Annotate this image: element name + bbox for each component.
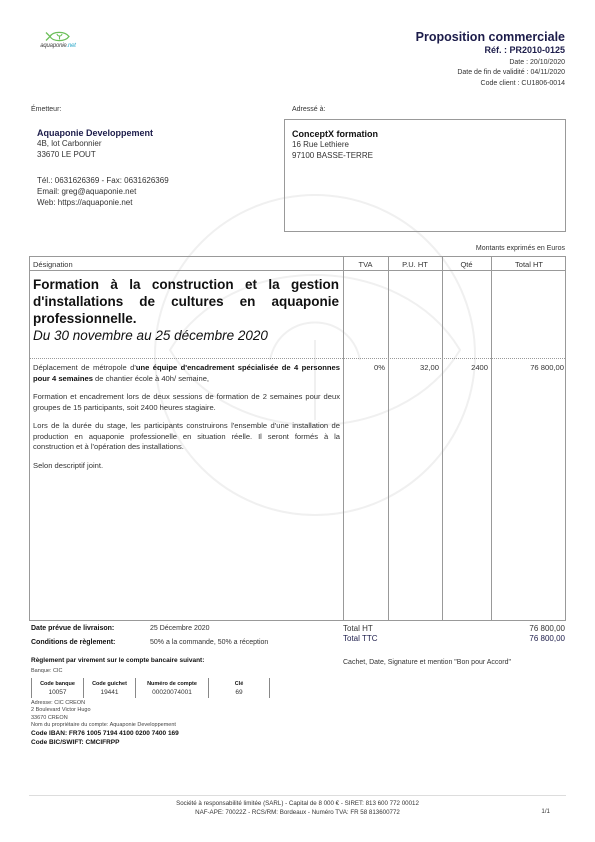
issuer-website[interactable]: Web: https://aquaponie.net	[37, 197, 169, 208]
service-dates: Du 30 novembre au 25 décembre 2020	[33, 328, 268, 343]
column-divider	[269, 678, 270, 698]
document-date: Date : 20/10/2020	[509, 59, 565, 66]
page-number: 1/1	[541, 808, 550, 815]
issuer-label: Émetteur:	[31, 106, 61, 113]
client-code: Code client : CU1806-0014	[481, 80, 565, 87]
legal-footer-line1: Société à responsabilité limitée (SARL) …	[0, 799, 595, 808]
header-unit-price: P.U. HT	[388, 260, 442, 269]
recipient-name: ConceptX formation	[292, 129, 558, 140]
issuer-email[interactable]: Email: greg@aquaponie.net	[37, 186, 169, 197]
bank-transfer-title: Règlement par virement sur le compte ban…	[31, 657, 204, 664]
footer-divider	[29, 795, 566, 796]
issuer-address-line2: 33670 LE POUT	[37, 150, 153, 161]
signature-note: Cachet, Date, Signature et mention "Bon …	[343, 659, 511, 666]
issuer-address: Aquaponie Developpement 4B, lot Carbonni…	[37, 128, 153, 160]
service-title-row: Formation à la construction et la gestio…	[30, 271, 565, 359]
line-item-description: Déplacement de métropole d'une équipe d'…	[33, 363, 340, 479]
logo-wordmark: aquaponie.net	[33, 43, 83, 50]
delivery-date-value: 25 Décembre 2020	[150, 625, 210, 632]
legal-footer-line2: NAF-APE: 70022Z - RCS/RM: Bordeaux - Num…	[0, 808, 595, 817]
payment-terms-value: 50% a la commande, 50% a réception	[150, 639, 268, 646]
issuer-address-line1: 4B, lot Carbonnier	[37, 139, 153, 150]
line-quantity: 2400	[442, 363, 488, 372]
header-quantity: Qté	[442, 260, 491, 269]
key-column: Clé 69	[208, 678, 269, 698]
delivery-date-label: Date prévue de livraison:	[31, 625, 114, 632]
total-ttc-label: Total TTC	[343, 634, 378, 643]
currency-note: Montants exprimés en Euros	[476, 245, 565, 252]
recipient-label: Adressé à:	[292, 106, 325, 113]
legal-footer: Société à responsabilité limitée (SARL) …	[0, 799, 595, 817]
bank-details-table: Code banque 10057 Code guichet 19441 Num…	[29, 678, 269, 698]
total-ht-label: Total HT	[343, 624, 373, 633]
document-reference: Réf. : PR2010-0125	[484, 45, 565, 55]
header-total-ht: Total HT	[491, 260, 567, 269]
bank-name: Banque: CIC	[31, 668, 63, 674]
company-logo: aquaponie.net	[33, 30, 83, 54]
fish-sprout-icon	[45, 30, 71, 43]
service-title: Formation à la construction et la gestio…	[33, 276, 339, 327]
issuer-phone: Tél.: 0631626369 - Fax: 0631626369	[37, 175, 169, 186]
validity-date: Date de fin de validité : 04/11/2020	[457, 69, 565, 76]
recipient-box: ConceptX formation 16 Rue Lethiere 97100…	[284, 119, 566, 232]
description-paragraph-1: Déplacement de métropole d'une équipe d'…	[33, 363, 340, 384]
recipient-address-line1: 16 Rue Lethiere	[292, 140, 558, 151]
recipient-address-line2: 97100 BASSE-TERRE	[292, 151, 558, 162]
iban-code: Code IBAN: FR76 1005 7194 4100 0200 7400…	[31, 729, 179, 738]
payment-terms-label: Conditions de règlement:	[31, 639, 115, 646]
bic-code: Code BIC/SWIFT: CMCIFRPP	[31, 738, 179, 747]
line-total-ht: 76 800,00	[491, 363, 564, 372]
description-paragraph-4: Selon descriptif joint.	[33, 461, 340, 472]
header-tva: TVA	[343, 260, 388, 269]
bank-code-column: Code banque 10057	[31, 678, 83, 698]
bank-address: Adresse: CIC CREON 2 Boulevard Victor Hu…	[31, 700, 176, 729]
bank-codes: Code IBAN: FR76 1005 7194 4100 0200 7400…	[31, 729, 179, 747]
total-ttc-value: 76 800,00	[529, 634, 565, 643]
description-paragraph-3: Lors de la durée du stage, les participa…	[33, 421, 340, 453]
line-tva: 0%	[343, 363, 385, 372]
branch-code-column: Code guichet 19441	[83, 678, 135, 698]
line-items-table: Désignation TVA P.U. HT Qté Total HT For…	[29, 256, 566, 621]
line-unit-price: 32,00	[388, 363, 439, 372]
issuer-name: Aquaponie Developpement	[37, 128, 153, 139]
account-number-column: Numéro de compte 00020074001	[135, 678, 208, 698]
issuer-contact: Tél.: 0631626369 - Fax: 0631626369 Email…	[37, 175, 169, 208]
table-header: Désignation TVA P.U. HT Qté Total HT	[30, 257, 565, 271]
document-title: Proposition commerciale	[416, 30, 565, 44]
header-designation: Désignation	[33, 260, 73, 269]
description-paragraph-2: Formation et encadrement lors de deux se…	[33, 392, 340, 413]
total-ht-value: 76 800,00	[529, 624, 565, 633]
